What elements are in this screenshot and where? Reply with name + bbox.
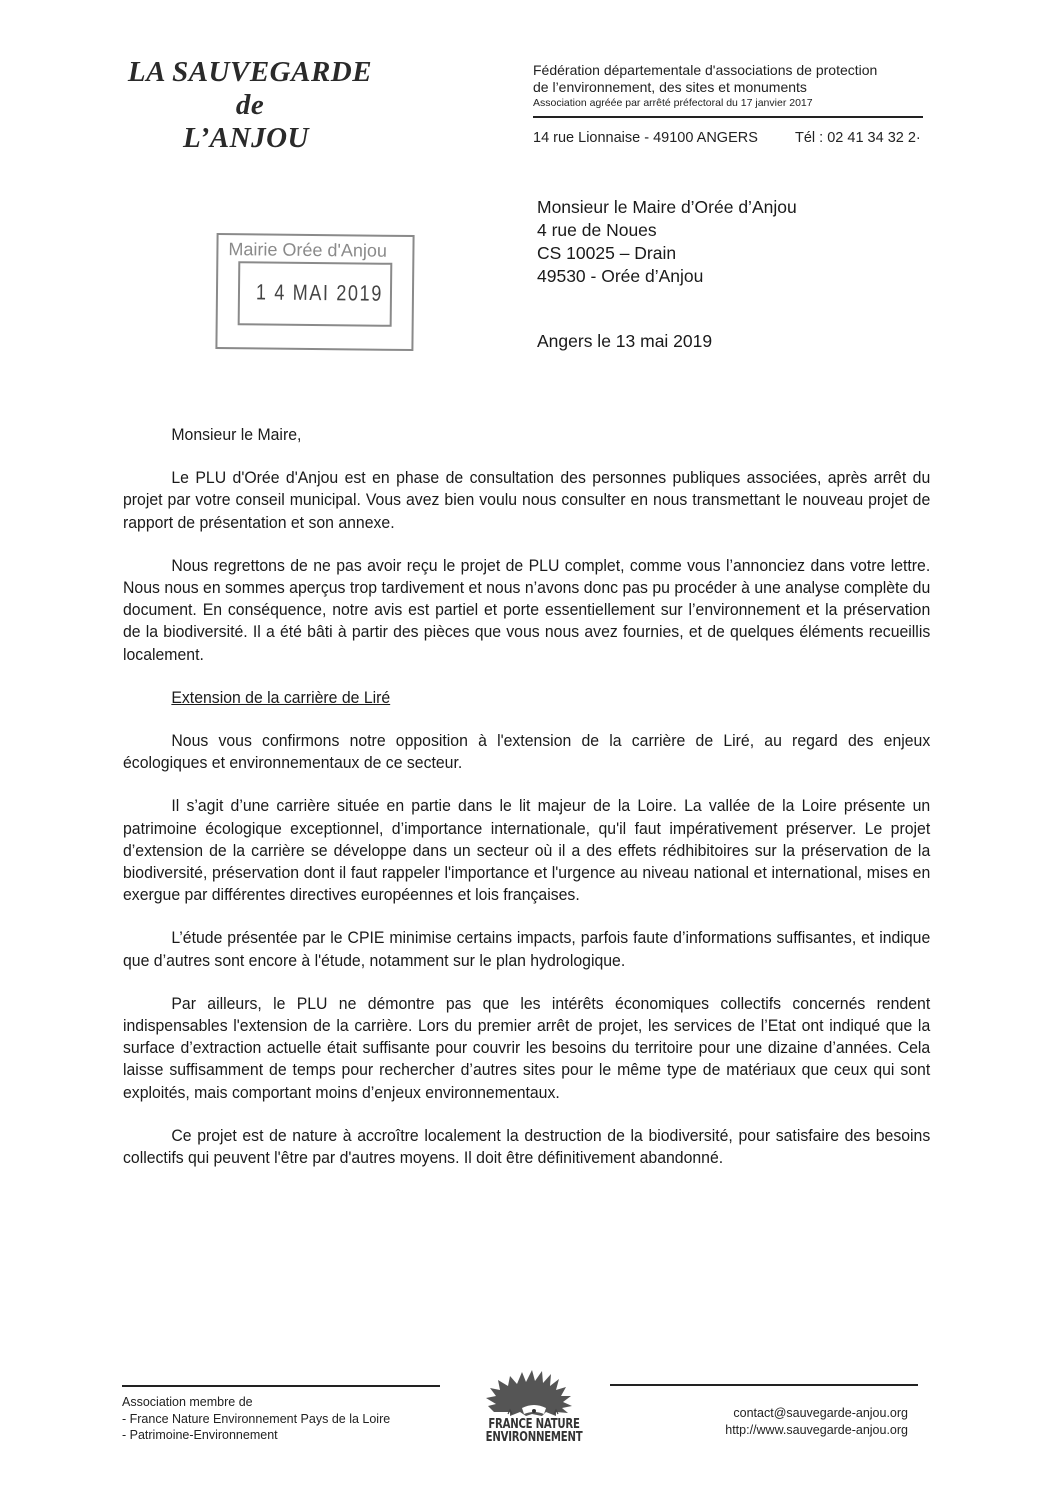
contact-email[interactable]: contact@sauvegarde-anjou.org — [600, 1405, 908, 1422]
section-heading-text: Extension de la carrière de Liré — [171, 688, 390, 707]
paragraph: Nous vous confirmons notre opposition à … — [123, 730, 930, 774]
org-address: 14 rue Lionnaise - 49100 ANGERS — [533, 130, 758, 146]
salutation: Monsieur le Maire, — [123, 424, 930, 446]
footer-divider-left — [122, 1385, 440, 1387]
paragraph: Le PLU d'Orée d'Anjou est en phase de co… — [123, 467, 930, 534]
hedgehog-icon — [472, 1362, 596, 1418]
recipient-line: CS 10025 – Drain — [537, 242, 937, 265]
fne-logo: FRANCE NATURE ENVIRONNEMENT — [472, 1362, 596, 1446]
paragraph: Par ailleurs, le PLU ne démontre pas que… — [123, 993, 930, 1104]
membership-title: Association membre de — [122, 1394, 462, 1411]
website-link[interactable]: http://www.sauvegarde-anjou.org — [600, 1422, 908, 1439]
recipient-line: Monsieur le Maire d’Orée d’Anjou — [537, 196, 937, 219]
contact-block: contact@sauvegarde-anjou.org http://www.… — [600, 1405, 908, 1438]
paragraph: Il s’agit d’une carrière située en parti… — [123, 795, 930, 906]
approval-notice: Association agréée par arrêté préfectora… — [533, 96, 933, 110]
stamp-date-box: 1 4 MAI 2019 — [238, 261, 393, 327]
recipient-line: 4 rue de Noues — [537, 219, 937, 242]
federation-line: de l’environnement, des sites et monumen… — [533, 79, 933, 96]
org-name-line: L’ANJOU — [110, 122, 390, 155]
federation-line: Fédération départementale d'associations… — [533, 62, 933, 79]
letterhead-divider — [533, 116, 923, 118]
place-and-date: Angers le 13 mai 2019 — [537, 330, 712, 353]
received-stamp: Mairie Orée d'Anjou 1 4 MAI 2019 — [215, 233, 414, 351]
org-name-line: LA SAUVEGARDE — [110, 56, 390, 89]
membership-block: Association membre de - France Nature En… — [122, 1394, 462, 1444]
stamp-date: 1 4 MAI 2019 — [256, 279, 383, 306]
fne-logo-line: ENVIRONNEMENT — [486, 1431, 583, 1444]
org-phone: Tél : 02 41 34 32 2· — [795, 130, 921, 146]
fne-logo-text: FRANCE NATURE ENVIRONNEMENT — [486, 1418, 583, 1444]
recipient-address: Monsieur le Maire d’Orée d’Anjou 4 rue d… — [537, 196, 937, 288]
recipient-line: 49530 - Orée d’Anjou — [537, 265, 937, 288]
letter-body: Monsieur le Maire, Le PLU d'Orée d'Anjou… — [123, 424, 930, 1169]
membership-item: - France Nature Environnement Pays de la… — [122, 1411, 462, 1428]
stamp-title: Mairie Orée d'Anjou — [228, 239, 387, 262]
organization-logotype: LA SAUVEGARDE de L’ANJOU — [110, 56, 390, 155]
footer-divider-right — [610, 1384, 918, 1386]
section-heading: Extension de la carrière de Liré — [123, 687, 930, 709]
membership-item: - Patrimoine-Environnement — [122, 1427, 462, 1444]
paragraph: Nous regrettons de ne pas avoir reçu le … — [123, 555, 930, 666]
paragraph: Ce projet est de nature à accroître loca… — [123, 1125, 930, 1169]
federation-description: Fédération départementale d'associations… — [533, 62, 933, 110]
org-name-line: de — [110, 89, 390, 122]
paragraph: L’étude présentée par le CPIE minimise c… — [123, 927, 930, 971]
